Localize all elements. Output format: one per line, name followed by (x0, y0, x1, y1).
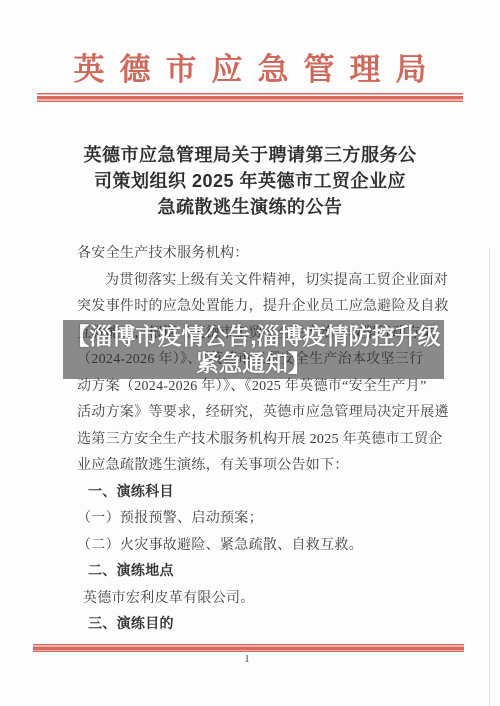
list-item: （一）预报预警、启动预案； (77, 506, 451, 533)
scanned-announcement-page: 英德市应急管理局 英德市应急管理局关于聘请第三方服务公 司策划组织 2025 年… (0, 0, 500, 706)
list-item: （二）火灾事故避险、紧急疏散、自救互救。 (77, 533, 451, 560)
scan-edge-shadow (489, 248, 490, 706)
announcement-body: 各安全生产技术服务机构： 为贯彻落实上级有关文件精神，切实提高工贸企业面对 突发… (77, 241, 451, 639)
agency-header: 英德市应急管理局 (0, 44, 500, 89)
section-heading-3: 三、演练目的 (77, 612, 451, 639)
salutation-line: 各安全生产技术服务机构： (77, 241, 451, 268)
body-line: 选第三方安全生产技术服务机构开展 2025 年英德市工贸企 (77, 427, 451, 454)
body-line: 活动方案》等要求，经研究，英德市应急管理局决定开展遴 (77, 400, 451, 427)
title-line-3: 急疏散逃生演练的公告 (0, 194, 500, 220)
body-line: 业应急疏散逃生演练，有关事项公告如下： (77, 453, 451, 480)
header-red-rule (37, 93, 463, 102)
company-name-line: 英德市宏利皮革有限公司。 (77, 586, 451, 613)
document-title: 英德市应急管理局关于聘请第三方服务公 司策划组织 2025 年英德市工贸企业应 … (0, 142, 500, 220)
overlay-text-line-1: 【淄博市疫情公告,淄博疫情防控升级 (66, 323, 440, 350)
section-heading-1: 一、演练科目 (77, 480, 451, 507)
body-line: 突发事件时的应急处置能力，提升企业员工应急避险及自救 (77, 294, 451, 321)
overlay-text-line-2: 紧急通知】 (196, 350, 311, 377)
section-heading-2: 二、演练地点 (77, 559, 451, 586)
page-number: 1 (0, 653, 494, 665)
title-line-2: 司策划组织 2025 年英德市工贸企业应 (0, 168, 500, 194)
footer-red-rule (33, 644, 464, 652)
body-line: 为贯彻落实上级有关文件精神，切实提高工贸企业面对 (77, 268, 451, 295)
title-line-1: 英德市应急管理局关于聘请第三方服务公 (0, 142, 500, 168)
epidemic-notice-overlay-banner: 【淄博市疫情公告,淄博疫情防控升级 紧急通知】 (63, 320, 444, 379)
